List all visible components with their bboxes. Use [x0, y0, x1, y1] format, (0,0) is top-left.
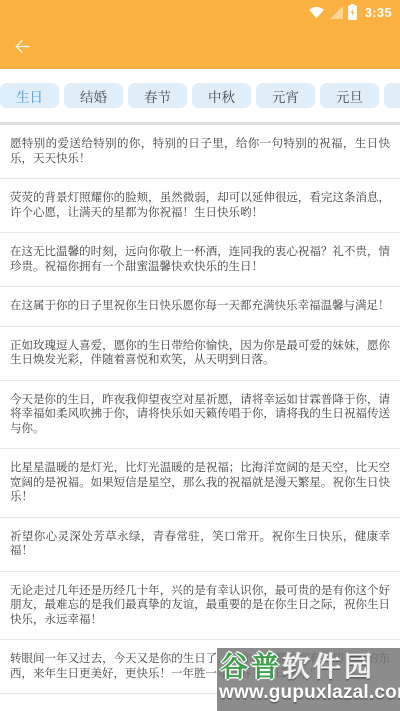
watermark: 谷普软件园 www.gupuxlazal.com: [217, 648, 400, 711]
greeting-item[interactable]: 比星星温暖的是灯光，比灯光温暖的是祝福；比海洋宽阔的是天空，比天空宽阔的是祝福。…: [0, 449, 400, 518]
greeting-item[interactable]: 荧荧的背景灯照耀你的脸颊，虽然微弱，却可以延伸很远，看完这条消息，许个心愿，让满…: [0, 179, 400, 233]
tab-label: 元宵: [272, 86, 299, 106]
tab-partial[interactable]: [384, 83, 400, 108]
greeting-text: 愿特别的爱送给特别的你，特别的日子里，给你一句特别的祝福，生日快乐，天天快乐！: [10, 137, 390, 166]
greeting-text: 在这无比温馨的时刻，远向你敬上一杯酒，连同我的衷心祝福？礼不贵，情珍贵。祝福你拥…: [10, 245, 390, 274]
app-screen: 3:35 生日 结婚 春节 中秋 元宵 元旦 愿特别的爱送给特别的你，特别的日子…: [0, 0, 400, 711]
greeting-text: 比星星温暖的是灯光，比灯光温暖的是祝福；比海洋宽阔的是天空，比天空宽阔的是祝福。…: [10, 461, 390, 505]
greeting-item[interactable]: 在这无比温馨的时刻，远向你敬上一杯酒，连同我的衷心祝福？礼不贵，情珍贵。祝福你拥…: [0, 233, 400, 287]
wifi-icon: [308, 5, 325, 19]
tab-lantern-festival[interactable]: 元宵: [256, 83, 315, 108]
greeting-text: 祈望你心灵深处芳草永绿，青春常驻，笑口常开。祝你生日快乐，健康幸福！: [10, 530, 390, 559]
tab-label: 春节: [144, 86, 171, 106]
status-bar: 3:35: [0, 0, 400, 24]
category-tabs: 生日 结婚 春节 中秋 元宵 元旦: [0, 69, 400, 122]
tab-label: 生日: [16, 86, 43, 106]
greeting-text: 在这属于你的日子里祝你生日快乐愿你每一天都充满快乐幸福温馨与满足！: [10, 299, 390, 314]
cellular-signal-icon: [330, 6, 343, 19]
battery-charging-icon: [348, 4, 357, 20]
tab-new-year[interactable]: 元旦: [320, 83, 379, 108]
tab-spring-festival[interactable]: 春节: [128, 83, 187, 108]
greeting-item[interactable]: 今天是你的生日，昨夜我仰望夜空对星祈愿，请将幸运如甘霖普降于你，请将幸福如柔风吹…: [0, 381, 400, 450]
greeting-text: 荧荧的背景灯照耀你的脸颊，虽然微弱，却可以延伸很远，看完这条消息，许个心愿，让满…: [10, 191, 390, 220]
greeting-item[interactable]: 无论走过几年还是历经几十年，兴的是有幸认识你，最可贵的是有你这个好朋友，最难忘的…: [0, 572, 400, 641]
watermark-logo: 谷普软件园: [217, 651, 400, 683]
tab-label: 中秋: [208, 86, 235, 106]
greeting-item[interactable]: 祈望你心灵深处芳草永绿，青春常驻，笑口常开。祝你生日快乐，健康幸福！: [0, 518, 400, 572]
greeting-text: 无论走过几年还是历经几十年，兴的是有幸认识你，最可贵的是有你这个好朋友，最难忘的…: [10, 584, 390, 628]
greetings-list: 愿特别的爱送给特别的你，特别的日子里，给你一句特别的祝福，生日快乐，天天快乐！ …: [0, 125, 400, 694]
watermark-url: www.gupuxlazal.com: [217, 681, 400, 705]
tab-mid-autumn[interactable]: 中秋: [192, 83, 251, 108]
watermark-logo-green: 谷普: [220, 651, 282, 682]
greeting-item[interactable]: 在这属于你的日子里祝你生日快乐愿你每一天都充满快乐幸福温馨与满足！: [0, 287, 400, 327]
status-time: 3:35: [365, 5, 392, 20]
greeting-text: 今天是你的生日，昨夜我仰望夜空对星祈愿，请将幸运如甘霖普降于你，请将幸福如柔风吹…: [10, 393, 390, 437]
header: 3:35: [0, 0, 400, 69]
greeting-item[interactable]: 正如玫瑰逗人喜爱，愿你的生日带给你愉快，因为你是最可爱的妹妹，愿你生日焕发光彩，…: [0, 327, 400, 381]
tab-label: 结婚: [80, 86, 107, 106]
app-bar: [0, 24, 400, 69]
greeting-item[interactable]: 愿特别的爱送给特别的你，特别的日子里，给你一句特别的祝福，生日快乐，天天快乐！: [0, 125, 400, 179]
watermark-logo-white: 软件园: [282, 651, 375, 682]
back-arrow-icon[interactable]: [13, 37, 32, 56]
tab-birthday[interactable]: 生日: [0, 83, 59, 108]
greeting-text: 正如玫瑰逗人喜爱，愿你的生日带给你愉快，因为你是最可爱的妹妹，愿你生日焕发光彩，…: [10, 339, 390, 368]
tab-label: 元旦: [336, 86, 363, 106]
tab-wedding[interactable]: 结婚: [64, 83, 123, 108]
